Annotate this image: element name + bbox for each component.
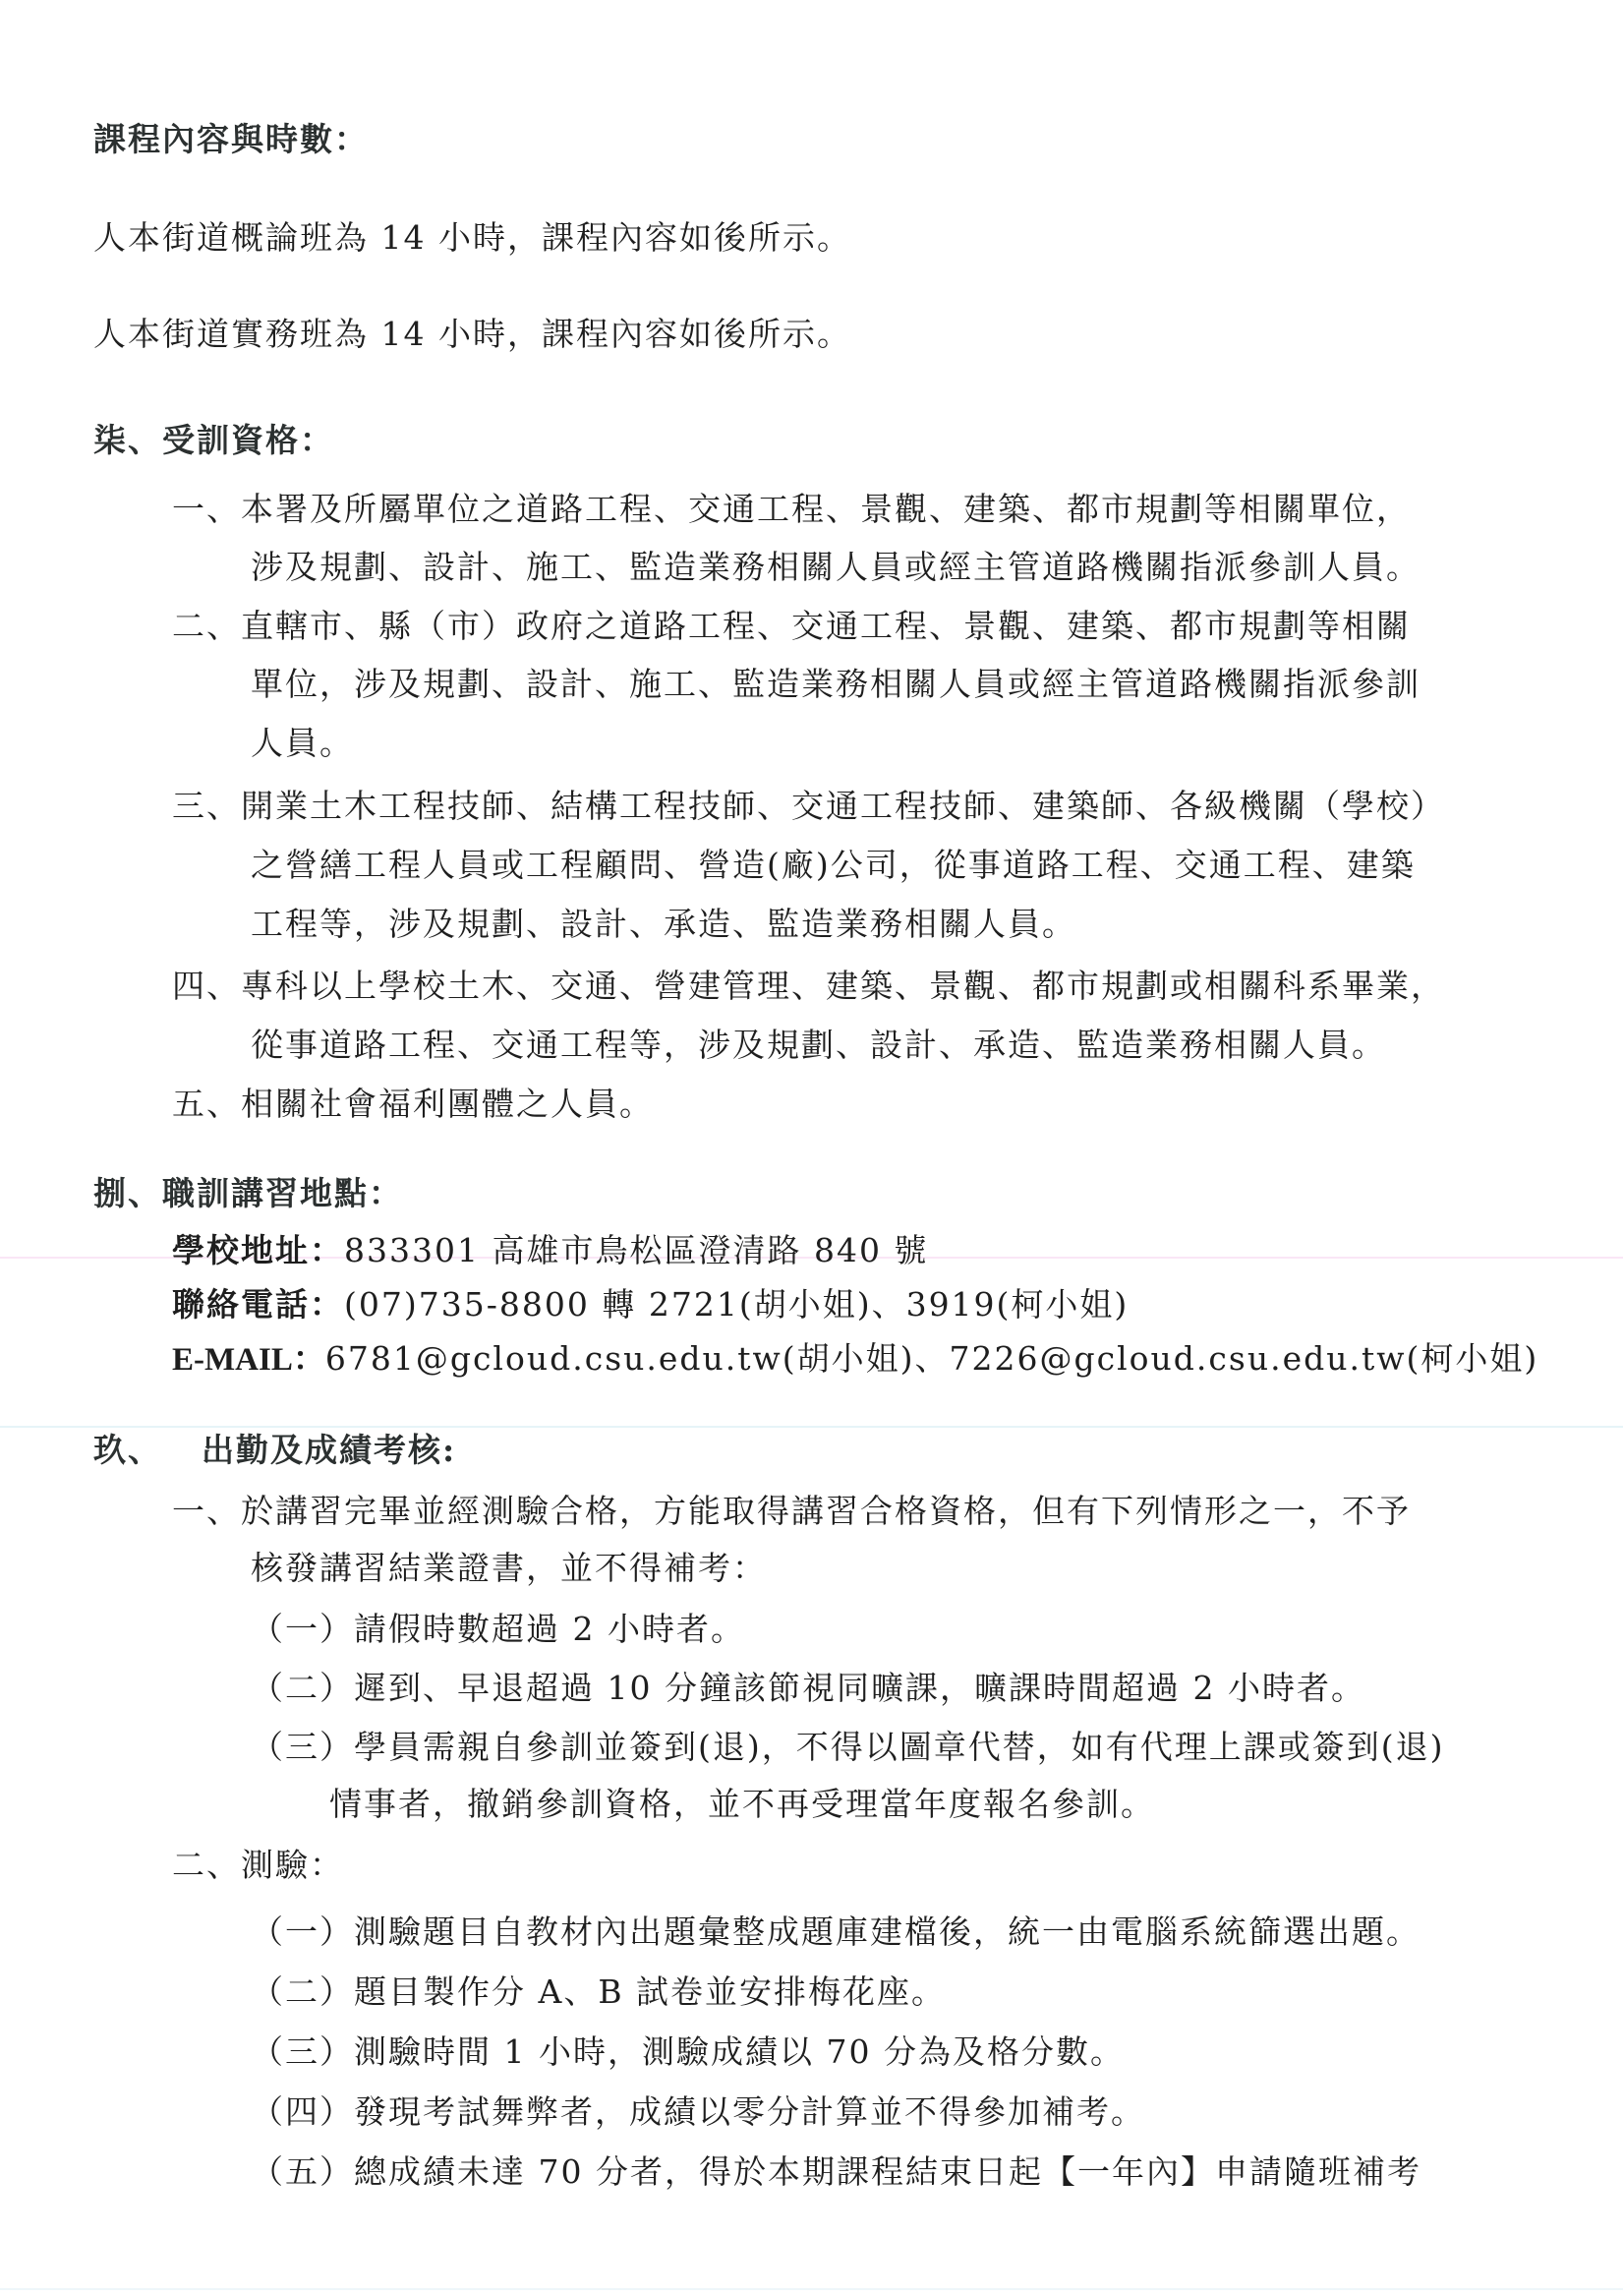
course-heading: 課程內容與時數： — [93, 120, 369, 159]
s9-item-1-line-2: 核發講習結業證書，並不得補考： — [251, 1549, 767, 1588]
email-label: E-MAIL： — [172, 1342, 325, 1378]
email-value: 6781@gcloud.csu.edu.tw(胡小姐)、7226@gcloud.… — [325, 1339, 1538, 1378]
s7-item-1-line-2: 涉及規劃、設計、施工、監造業務相關人員或經主管道路機關指派參訓人員。 — [251, 548, 1420, 587]
section-9-heading: 玖、出勤及成績考核: — [93, 1431, 456, 1470]
s9-item-1-sub-3: （三）學員需親自參訓並簽到(退)，不得以圖章代替，如有代理上課或簽到(退) — [251, 1728, 1445, 1767]
s7-item-1-line-1: 一、本署及所屬單位之道路工程、交通工程、景觀、建築、都市規劃等相關單位， — [172, 490, 1411, 529]
s9-item-2-sub-5: （五）總成績未達 70 分者，得於本期課程結束日起【一年內】申請隨班補考 — [251, 2152, 1421, 2192]
s7-item-2-line-2: 單位，涉及規劃、設計、施工、監造業務相關人員或經主管道路機關指派參訓 — [251, 665, 1420, 704]
section-7-heading: 柒、受訓資格： — [93, 421, 334, 460]
section-9-title: 出勤及成績考核: — [202, 1431, 456, 1469]
s9-item-2-heading: 二、測驗： — [172, 1846, 344, 1885]
s9-item-1-sub-1: （一）請假時數超過 2 小時者。 — [251, 1610, 745, 1649]
s9-item-1-sub-3-cont: 情事者，撤銷參訓資格，並不再受理當年度報名參訓。 — [329, 1785, 1155, 1824]
phone-row: 聯絡電話：(07)735-8800 轉 2721(胡小姐)、3919(柯小姐) — [172, 1285, 1129, 1325]
s7-item-2-line-1: 二、直轄市、縣（市）政府之道路工程、交通工程、景觀、建築、都市規劃等相關 — [172, 607, 1411, 646]
s9-item-1-line-1: 一、於講習完畢並經測驗合格，方能取得講習合格資格，但有下列情形之一，不予 — [172, 1492, 1411, 1531]
s9-item-1-sub-2: （二）遲到、早退超過 10 分鐘該節視同曠課，曠課時間超過 2 小時者。 — [251, 1669, 1365, 1708]
email-row: E-MAIL：6781@gcloud.csu.edu.tw(胡小姐)、7226@… — [172, 1339, 1538, 1380]
s7-item-3-line-3: 工程等，涉及規劃、設計、承造、監造業務相關人員。 — [251, 905, 1076, 944]
s7-item-5-line-1: 五、相關社會福利團體之人員。 — [172, 1085, 654, 1124]
s7-item-4-line-1: 四、專科以上學校土木、交通、營建管理、建築、景觀、都市規劃或相關科系畢業， — [172, 967, 1445, 1006]
course-line-practice: 人本街道實務班為 14 小時，課程內容如後所示。 — [93, 315, 851, 354]
address-row: 學校地址：833301 高雄市鳥松區澄清路 840 號 — [172, 1231, 928, 1270]
s9-item-2-sub-3: （三）測驗時間 1 小時，測驗成績以 70 分為及格分數。 — [251, 2032, 1125, 2072]
address-value: 833301 高雄市鳥松區澄清路 840 號 — [344, 1231, 928, 1269]
s7-item-2-line-3: 人員。 — [251, 724, 354, 763]
course-line-overview: 人本街道概論班為 14 小時，課程內容如後所示。 — [93, 218, 851, 258]
s7-item-3-line-1: 三、開業土木工程技師、結構工程技師、交通工程技師、建築師、各級機關（學校） — [172, 787, 1445, 826]
phone-label: 聯絡電話： — [172, 1285, 344, 1324]
s9-item-2-sub-2: （二）題目製作分 A、B 試卷並安排梅花座。 — [251, 1972, 946, 2012]
scan-artifact-line — [0, 2288, 1623, 2290]
address-label: 學校地址： — [172, 1231, 344, 1269]
s9-item-2-sub-4: （四）發現考試舞弊者，成績以零分計算並不得參加補考。 — [251, 2092, 1145, 2132]
s7-item-3-line-2: 之營繕工程人員或工程顧問、營造(廠)公司，從事道路工程、交通工程、建築 — [251, 846, 1416, 885]
s9-item-2-sub-1: （一）測驗題目自教材內出題彙整成題庫建檔後，統一由電腦系統篩選出題。 — [251, 1913, 1420, 1952]
section-8-heading: 捌、職訓講習地點： — [93, 1174, 403, 1213]
scan-artifact-line — [0, 1426, 1623, 1428]
s7-item-4-line-2: 從事道路工程、交通工程等，涉及規劃、設計、承造、監造業務相關人員。 — [251, 1026, 1386, 1065]
phone-value: (07)735-8800 轉 2721(胡小姐)、3919(柯小姐) — [344, 1285, 1129, 1324]
section-9-number: 玖、 — [93, 1431, 162, 1469]
